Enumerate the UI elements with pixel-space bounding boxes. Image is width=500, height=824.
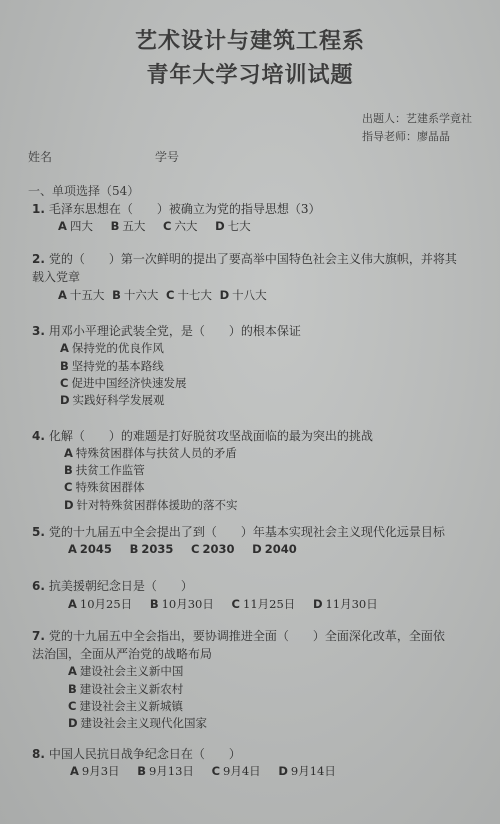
section-title: 一、单项选择（54） (28, 182, 139, 199)
advisor-line: 指导老师：廖晶晶 (362, 128, 450, 144)
option-c: C六大 (163, 219, 197, 233)
option-d: D9月14日 (278, 764, 336, 778)
option-d: D11月30日 (313, 597, 378, 611)
option-c: C2030 (191, 542, 234, 556)
option-b: B9月13日 (137, 764, 194, 778)
option-a: A四大 (58, 219, 93, 233)
question-number: 1. (32, 202, 45, 216)
option-c: C促进中国经济快速发展 (60, 375, 186, 391)
option-a: A9月3日 (70, 764, 120, 778)
option-b: B五大 (111, 219, 146, 233)
options-row-6: A10月25日 B10月30日 C11月25日 D11月30日 (68, 596, 392, 612)
option-a: A10月25日 (68, 597, 132, 611)
question-1: 1.毛泽东思想在（ ）被确立为党的指导思想（3） (32, 200, 321, 217)
option-a: A十五大 (58, 288, 104, 302)
options-row-2: A十五大 B十六大 C十七大 D十八大 (58, 287, 281, 303)
option-c: C建设社会主义新城镇 (68, 698, 183, 714)
option-a: A特殊贫困群体与扶贫人员的矛盾 (64, 445, 237, 461)
exam-paper: 艺术设计与建筑工程系 青年大学习培训试题 出题人：艺建系学竟社 指导老师：廖晶晶… (0, 0, 500, 824)
question-text: 中国人民抗日战争纪念日在（ ） (49, 747, 241, 761)
option-b: B10月30日 (150, 597, 214, 611)
student-id-label: 学号 (155, 148, 179, 165)
question-2: 2.党的（ ）第一次鲜明的提出了要高举中国特色社会主义伟大旗帜，并将其 (32, 250, 457, 267)
option-c: C特殊贫困群体 (64, 479, 144, 495)
option-b: B2035 (130, 542, 174, 556)
option-b: B扶贫工作监管 (64, 462, 145, 478)
author-line: 出题人：艺建系学竟社 (362, 110, 472, 126)
question-3: 3.用邓小平理论武装全党，是（ ）的根本保证 (32, 322, 301, 339)
option-d: D十八大 (220, 288, 267, 302)
option-c: C11月25日 (232, 597, 296, 611)
question-text: 化解（ ）的难题是打好脱贫攻坚战面临的最为突出的挑战 (49, 429, 373, 443)
question-text: 用邓小平理论武装全党，是（ ）的根本保证 (49, 324, 301, 338)
option-a: A2045 (68, 542, 112, 556)
name-label: 姓名 (28, 148, 52, 165)
question-text: 党的（ ）第一次鲜明的提出了要高举中国特色社会主义伟大旗帜，并将其 (49, 252, 457, 266)
options-row-1: A四大 B五大 C六大 D七大 (58, 218, 265, 234)
question-text: 党的十九届五中全会提出了到（ ）年基本实现社会主义现代化远景目标 (49, 525, 445, 539)
question-text: 抗美援朝纪念日是（ ） (49, 579, 193, 593)
question-5: 5.党的十九届五中全会提出了到（ ）年基本实现社会主义现代化远景目标 (32, 523, 445, 540)
option-d: D针对特殊贫困群体援助的落不实 (64, 497, 238, 513)
question-text: 毛泽东思想在（ ）被确立为党的指导思想（3） (49, 202, 321, 216)
option-b: B坚持党的基本路线 (60, 358, 164, 374)
question-8: 8.中国人民抗日战争纪念日在（ ） (32, 745, 241, 762)
option-a: A保持党的优良作风 (60, 340, 164, 356)
options-row-8: A9月3日 B9月13日 C9月4日 D9月14日 (70, 763, 350, 779)
option-d: D七大 (215, 219, 251, 233)
question-text: 党的十九届五中全会指出，要协调推进全面（ ）全面深化改革，全面依 (49, 629, 445, 643)
options-row-5: A2045 B2035 C2030 D2040 (68, 542, 311, 556)
question-4: 4.化解（ ）的难题是打好脱贫攻坚战面临的最为突出的挑战 (32, 427, 373, 444)
option-b: B建设社会主义新农村 (68, 681, 183, 697)
option-b: B十六大 (112, 288, 158, 302)
option-a: A建设社会主义新中国 (68, 663, 183, 679)
question-7-continued: 法治国，全面从严治党的战略布局 (32, 645, 212, 662)
option-d: D实践好科学发展观 (60, 392, 165, 408)
question-7: 7.党的十九届五中全会指出，要协调推进全面（ ）全面深化改革，全面依 (32, 627, 445, 644)
option-c: C9月4日 (212, 764, 261, 778)
question-6: 6.抗美援朝纪念日是（ ） (32, 577, 193, 594)
title-line-1: 艺术设计与建筑工程系 (0, 24, 500, 55)
option-d: D建设社会主义现代化国家 (68, 715, 207, 731)
option-d: D2040 (252, 542, 297, 556)
question-2-continued: 载入党章 (32, 268, 80, 285)
option-c: C十七大 (166, 288, 212, 302)
title-line-2: 青年大学习培训试题 (0, 58, 500, 89)
